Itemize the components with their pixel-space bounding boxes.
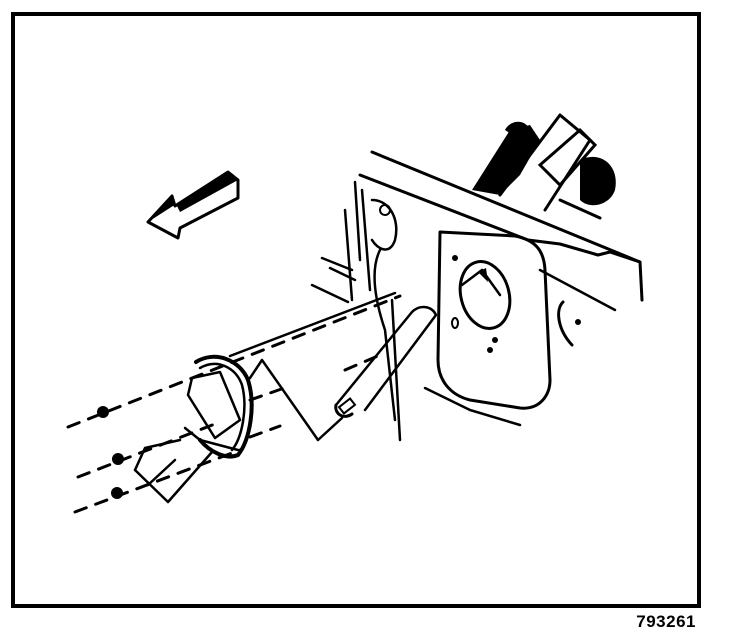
direction-arrow-icon [148,172,238,238]
bulkhead-plate [425,232,550,425]
figure-number: 793261 [636,612,696,632]
seal-boot [135,357,252,502]
technical-illustration: 793261 [0,0,736,640]
intermediate-shaft [336,307,436,416]
diagram-canvas [0,0,736,640]
nut-icons [97,406,124,499]
